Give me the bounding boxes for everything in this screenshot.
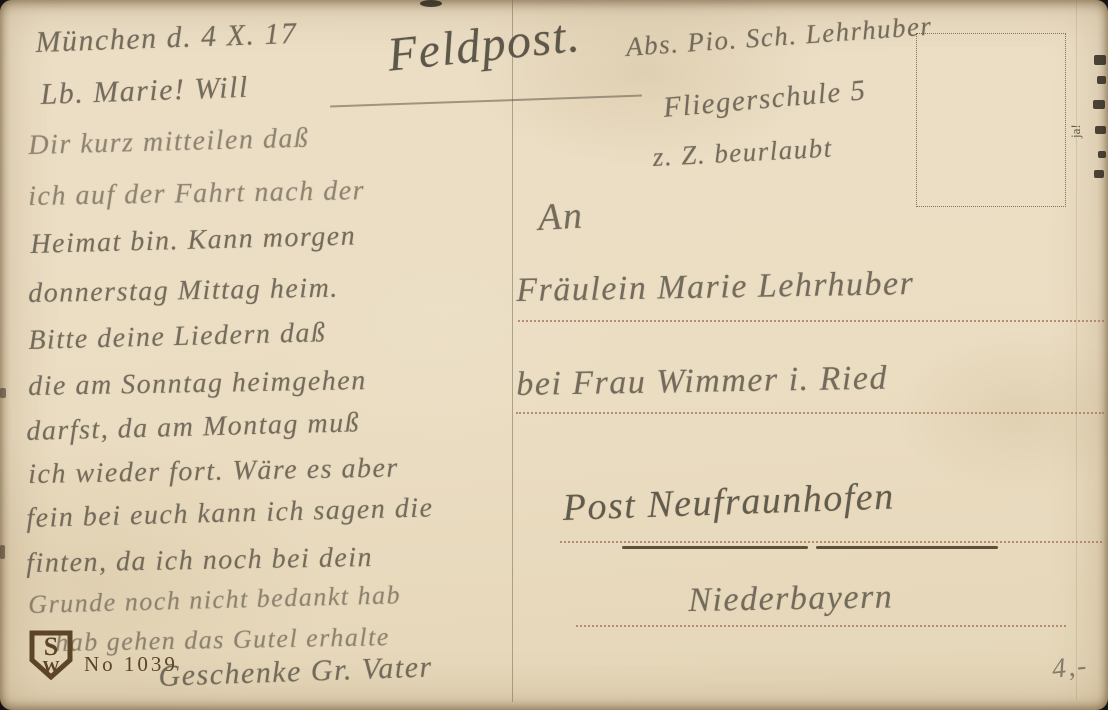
address-ruled-line bbox=[560, 541, 1102, 543]
message-line: München d. 4 X. 17 bbox=[35, 19, 298, 58]
message-line: ich auf der Fahrt nach der bbox=[28, 177, 365, 211]
address-ruled-line bbox=[516, 412, 1104, 414]
message-line: finten, da ich noch bei dein bbox=[26, 544, 373, 578]
edge-residue-mark bbox=[1097, 76, 1106, 84]
edge-speck bbox=[0, 545, 5, 559]
publisher-logo: S W bbox=[28, 630, 74, 680]
message-line: donnerstag Mittag heim. bbox=[28, 275, 339, 308]
message-line: fein bei euch kann ich sagen die bbox=[26, 494, 434, 533]
publisher-shield-icon: S W bbox=[28, 630, 74, 680]
address-ruled-line bbox=[518, 320, 1104, 322]
publisher-number: No 1039 bbox=[84, 652, 178, 677]
edge-residue-mark bbox=[420, 0, 442, 7]
message-line: die am Sonntag heimgehen bbox=[28, 367, 367, 401]
stamp-box bbox=[916, 33, 1066, 207]
address-emphasis-underline bbox=[816, 546, 998, 549]
postcard-back: ja! München d. 4 X. 17 Lb. Marie! Will D… bbox=[0, 0, 1108, 710]
message-line: Grunde noch nicht bedankt hab bbox=[28, 582, 401, 618]
message-line: Geschenke Gr. Vater bbox=[158, 652, 433, 692]
message-line: Heimat bin. Kann morgen bbox=[30, 222, 357, 259]
address-ruled-line bbox=[576, 625, 1066, 627]
message-line: Bitte deine Liedern daß bbox=[28, 319, 327, 355]
address-an-label: An bbox=[537, 194, 584, 240]
message-line: Lb. Marie! Will bbox=[40, 73, 249, 110]
paper-crease bbox=[1076, 0, 1077, 700]
message-line: ich wieder fort. Wäre es aber bbox=[28, 455, 399, 489]
message-line: Dir kurz mitteilen daß bbox=[28, 125, 310, 160]
edge-speck bbox=[0, 388, 6, 398]
feldpost-marking: Feldpost. bbox=[385, 8, 583, 83]
sender-line: Fliegerschule 5 bbox=[662, 74, 868, 125]
address-line: bei Frau Wimmer i. Ried bbox=[516, 360, 888, 404]
edge-residue-mark bbox=[1094, 170, 1104, 178]
sender-line: Abs. Pio. Sch. Lehrhuber bbox=[625, 11, 933, 63]
address-emphasis-underline bbox=[622, 546, 808, 549]
postcard-center-divider bbox=[512, 0, 513, 702]
sender-line: z. Z. beurlaubt bbox=[652, 133, 833, 173]
address-line: Niederbayern bbox=[688, 578, 894, 620]
edge-residue-mark bbox=[1098, 151, 1106, 158]
address-line: Post Neufraunhofen bbox=[562, 474, 895, 530]
publisher-monogram-bottom: W bbox=[43, 657, 60, 676]
edge-residue-mark bbox=[1094, 55, 1106, 65]
price-mark: 4,- bbox=[1050, 650, 1089, 686]
feldpost-underline bbox=[330, 95, 642, 108]
edge-residue-mark bbox=[1095, 126, 1106, 134]
message-line: darfst, da am Montag muß bbox=[26, 409, 361, 446]
edge-residue-mark bbox=[1093, 100, 1105, 109]
address-line: Fräulein Marie Lehrhuber bbox=[516, 265, 915, 310]
